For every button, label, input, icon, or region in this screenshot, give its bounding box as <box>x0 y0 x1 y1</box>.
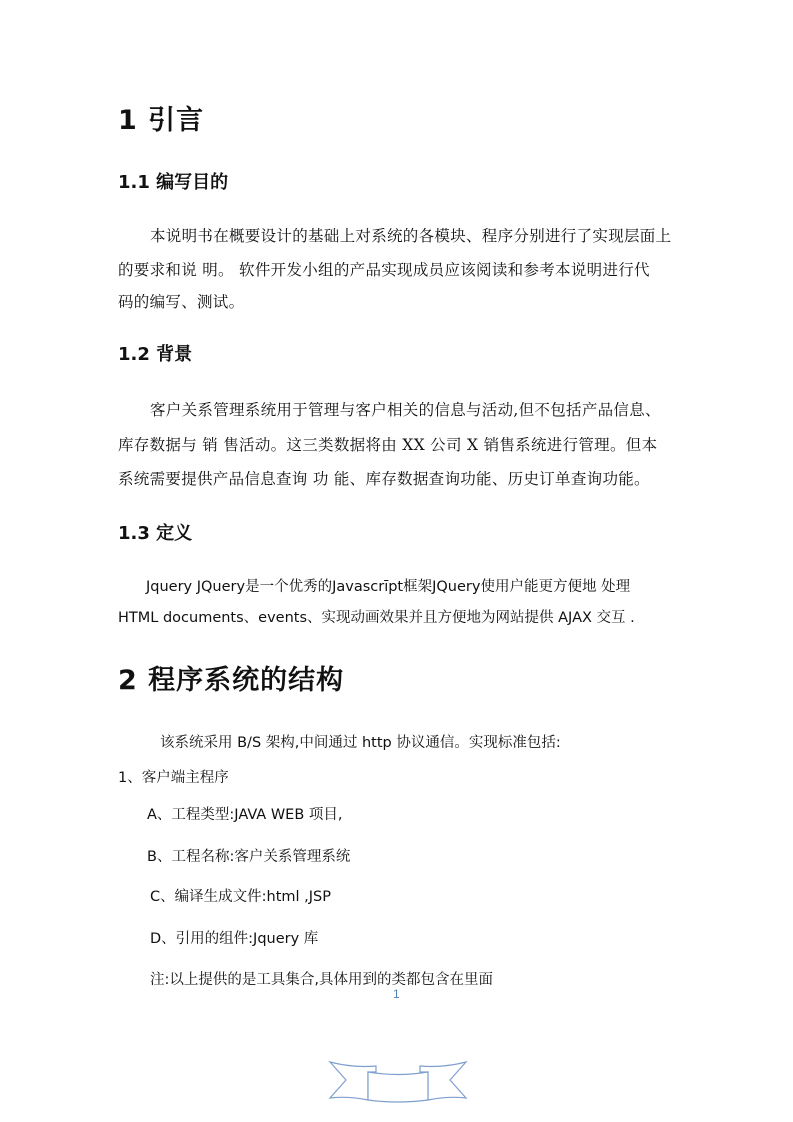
paragraph-line: 本说明书在概要设计的基础上对系统的各模块、程序分别进行了实现层面上 <box>150 224 671 246</box>
paragraph-line: 系统需要提供产品信息查询 功 能、库存数据查询功能、历史订单查询功能。 <box>118 467 650 489</box>
paragraph-line: 客户关系管理系统用于管理与客户相关的信息与活动,但不包括产品信息、 <box>150 398 661 420</box>
list-item-1: 1、客户端主程序 <box>118 766 229 787</box>
section-1-1-heading: 1.1 编写目的 <box>118 168 228 194</box>
page-number: 1 <box>393 987 400 1001</box>
section-2-heading: 2 程序系统的结构 <box>118 658 344 697</box>
paragraph-line: 码的编写、测试。 <box>118 290 244 312</box>
section-1-2-heading: 1.2 背景 <box>118 340 192 366</box>
section-1-heading: 1 引言 <box>118 98 204 137</box>
note-text: 注:以上提供的是工具集合,具体用到的类都包含在里面 <box>150 968 493 989</box>
paragraph-line: Jquery JQuery是一个优秀的Javascrīpt框架JQuery使用户… <box>146 575 630 596</box>
paragraph-line: HTML documents、events、实现动画效果并且方便地为网站提供 A… <box>118 606 635 627</box>
paragraph-line: 的要求和说 明。 软件开发小组的产品实现成员应该阅读和参考本说明进行代 <box>118 258 650 280</box>
sub-list-item: B、工程名称:客户关系管理系统 <box>147 845 350 866</box>
sub-list-item: C、编译生成文件:html ,JSP <box>150 885 331 906</box>
section-1-3-heading: 1.3 定义 <box>118 519 192 545</box>
sub-list-item: D、引用的组件:Jquery 库 <box>150 927 318 948</box>
sub-list-item: A、工程类型:JAVA WEB 项目, <box>147 803 343 824</box>
intro-text: 该系统采用 B/S 架构,中间通过 http 协议通信。实现标准包括: <box>160 731 561 752</box>
ribbon-banner-icon <box>328 1060 468 1106</box>
paragraph-line: 库存数据与 销 售活动。这三类数据将由 XX 公司 X 销售系统进行管理。但本 <box>118 433 657 455</box>
